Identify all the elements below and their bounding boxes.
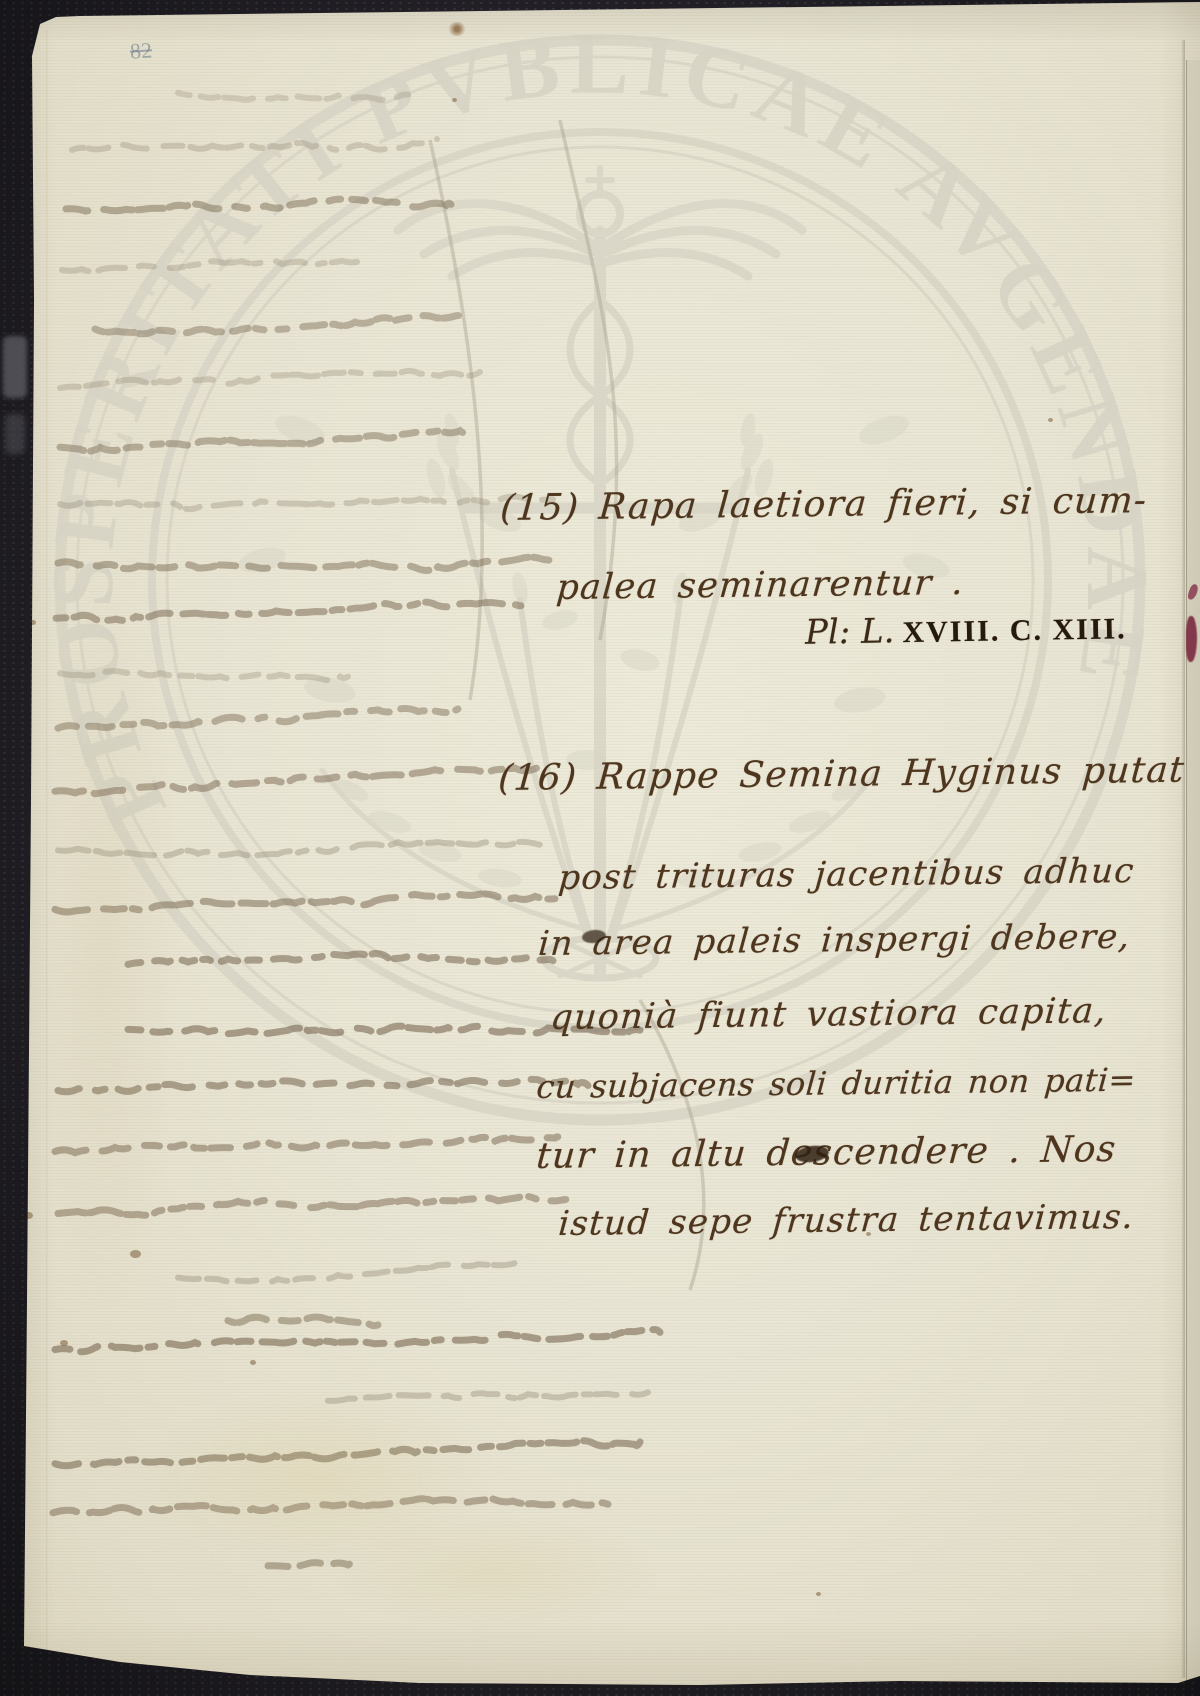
bleedthrough-line bbox=[60, 429, 470, 451]
bleedthrough-line bbox=[228, 1317, 378, 1326]
bleedthrough-line bbox=[178, 1262, 518, 1282]
manuscript-line: (15) Rapa laetiora fieri, si cum- bbox=[499, 480, 1149, 529]
bleedthrough-line bbox=[58, 557, 553, 570]
bleedthrough-line bbox=[95, 315, 465, 333]
paper-speck bbox=[250, 1360, 256, 1365]
bleedthrough-line bbox=[58, 1196, 578, 1215]
manuscript-line: in area paleis inspergi debere, bbox=[537, 917, 1132, 964]
bleedthrough-line bbox=[178, 93, 418, 100]
border-smudge bbox=[3, 336, 27, 398]
bleedthrough-line bbox=[55, 893, 555, 912]
brown-stain bbox=[448, 22, 466, 36]
bleedthrough-line bbox=[55, 1137, 560, 1153]
manuscript-line: istud sepe frustra tentavimus. bbox=[557, 1197, 1136, 1244]
bleedthrough-line bbox=[58, 709, 458, 729]
bleedthrough-line bbox=[55, 766, 550, 793]
bleedthrough-line bbox=[56, 602, 521, 620]
scanned-manuscript-page: PROSPERITATI PVBLICAE AVGENDAE bbox=[0, 0, 1200, 1696]
citation-roman-numerals: XVIII. C. XIII. bbox=[902, 612, 1127, 649]
paper-crease bbox=[1181, 40, 1185, 1678]
bleedthrough-line bbox=[60, 497, 560, 510]
bleedthrough-line bbox=[55, 1441, 640, 1466]
bleedthrough-flourishes bbox=[430, 120, 704, 1290]
manuscript-line: cu subjacens soli duritia non pati= bbox=[535, 1061, 1137, 1106]
bleedthrough-line bbox=[128, 953, 553, 964]
manuscript-line: (16) Rappe Semina Hyginus putat bbox=[497, 750, 1186, 799]
underlying-page-edge bbox=[1186, 60, 1200, 1684]
border-smudge bbox=[5, 414, 25, 454]
bleedthrough-line bbox=[62, 261, 357, 272]
bleedthrough-line bbox=[60, 371, 480, 388]
paper-speck bbox=[130, 1250, 141, 1258]
manuscript-line: quonià fiunt vastiora capita, bbox=[549, 991, 1108, 1038]
citation-line: Pl: L.XVIII. C. XIII. bbox=[805, 607, 1127, 653]
paper-speck bbox=[60, 1340, 68, 1346]
paper-crease bbox=[46, 30, 49, 1650]
bleedthrough-line bbox=[328, 1392, 648, 1401]
paper-speck bbox=[1048, 418, 1053, 422]
bleedthrough-line bbox=[72, 138, 437, 150]
citation-prefix: Pl: L. bbox=[805, 611, 895, 653]
ink-bleedthrough bbox=[0, 0, 1200, 1696]
bleedthrough-line bbox=[66, 199, 451, 211]
manuscript-line: palea seminarentur . bbox=[555, 563, 966, 608]
bleedthrough-line bbox=[53, 1499, 608, 1513]
faint-page-number: 82 bbox=[129, 37, 153, 64]
bleedthrough-line bbox=[60, 671, 350, 680]
bleedthrough-line bbox=[268, 1563, 358, 1567]
paper-speck bbox=[816, 1592, 821, 1596]
paper-speck bbox=[452, 98, 457, 102]
bleedthrough-line bbox=[58, 842, 546, 856]
bleedthrough-line bbox=[55, 1330, 660, 1352]
bleedthrough-line bbox=[58, 1079, 588, 1091]
manuscript-paper: PROSPERITATI PVBLICAE AVGENDAE bbox=[0, 0, 1200, 1696]
manuscript-line: post trituras jacentibus adhuc bbox=[557, 851, 1136, 898]
